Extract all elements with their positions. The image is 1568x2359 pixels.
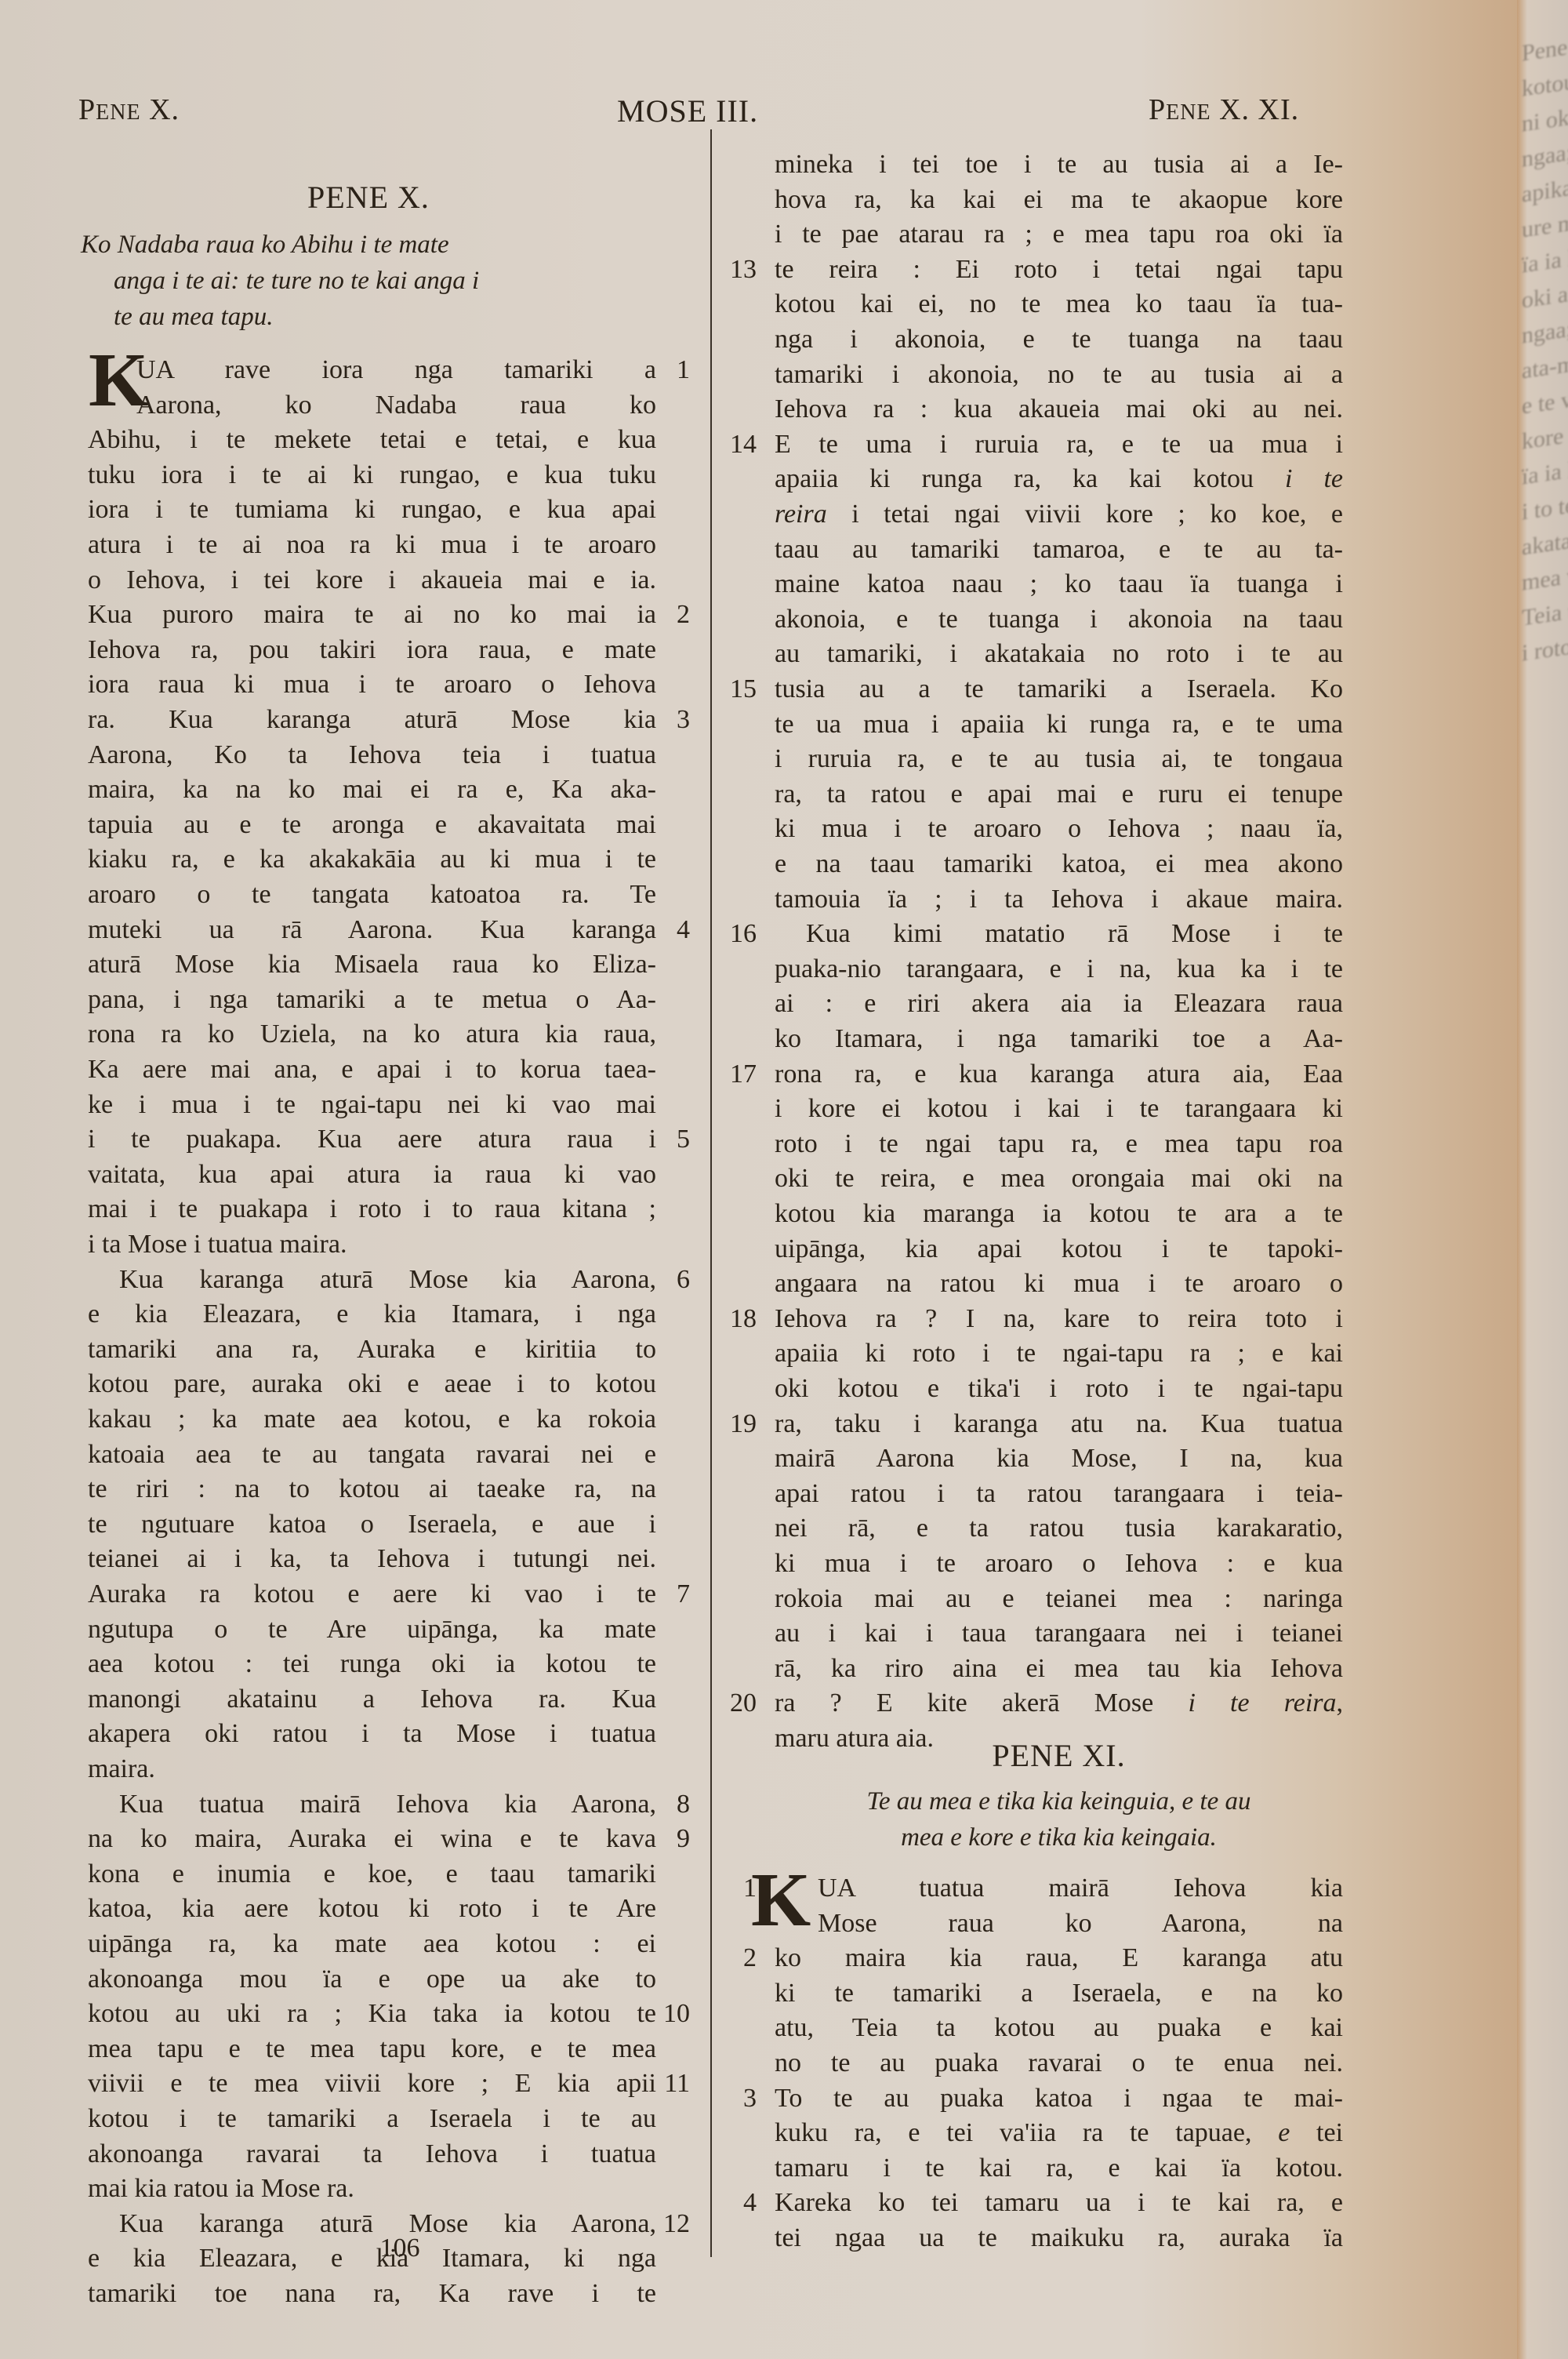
text-line: mea tapu e te mea tapu kore, e te mea [88, 2032, 656, 2066]
text-line: te ngutuare katoa o Iseraela, e aue i [88, 1507, 656, 1542]
text-line: i ruruia ra, e te au tusia ai, te tongau… [775, 742, 1343, 776]
verse-number: 2 [710, 1941, 757, 1976]
text-line: oki kotou e tika'i i roto i te ngai-tapu [775, 1372, 1343, 1406]
text-line: reira i tetai ngai viivii kore ; ko koe,… [775, 497, 1343, 532]
text-line: tamariki ana ra, Auraka e kiritiia to [88, 1332, 656, 1367]
verse-number: 4 [643, 913, 690, 947]
verse-number: 15 [710, 672, 757, 707]
text-line: rokoia mai au e teianei mea : naringa [775, 1582, 1343, 1616]
text-line: hova ra, ka kai ei ma te akaopue kore [775, 183, 1343, 217]
text-line: rona ra, e kua karanga atura aia, Eaa [775, 1057, 1343, 1092]
verse-number: 11 [643, 2066, 690, 2101]
chapter-summary-line: Ko Nadaba raua ko Abihu i te mate [81, 227, 449, 262]
chapter-title: PENE XI. [775, 1737, 1343, 1774]
text-line: katoaia aea te au tangata ravarai nei e [88, 1438, 656, 1472]
text-line: roto i te ngai tapu ra, e mea tapu roa [775, 1127, 1343, 1161]
text-line: nga i akonoia, e te tuanga na taau [775, 322, 1343, 357]
text-line: ko maira kia raua, E karanga atu [775, 1941, 1343, 1976]
text-line: na ko maira, Auraka ei wina e te kava [88, 1822, 656, 1856]
text-line: ke i mua i te ngai-tapu nei ki vao mai [88, 1088, 656, 1122]
text-line: UA tuatua mairā Iehova kia [818, 1871, 1343, 1906]
chapter-summary-line: mea e kore e tika kia keingaia. [775, 1820, 1343, 1855]
text-line: katoa, kia aere kotou ki roto i te Are [88, 1892, 656, 1926]
text-line: Iehova ra, pou takiri iora raua, e mate [88, 633, 656, 667]
text-line: Iehova ra : kua akaueia mai oki au nei. [775, 392, 1343, 427]
verse-number: 10 [643, 1997, 690, 2031]
text-line: Kua karanga aturā Mose kia Aarona, [119, 1263, 656, 1297]
text-line: apaiia ki roto i te ngai-tapu ra ; e kai [775, 1336, 1343, 1371]
verse-number: 3 [710, 2081, 757, 2116]
verse-number: 1 [710, 1871, 757, 1906]
chapter-summary-line: Te au mea e tika kia keinguia, e te au [775, 1784, 1343, 1819]
text-line: i ta Mose i tuatua maira. [88, 1227, 656, 1262]
text-line: te reira : Ei roto i tetai ngai tapu [775, 253, 1343, 287]
text-line: Kua tuatua mairā Iehova kia Aarona, [119, 1787, 656, 1822]
text-line: mai kia ratou ia Mose ra. [88, 2172, 656, 2206]
running-head-left: PENE X. [78, 93, 180, 127]
running-head-right: PENE X. XI. [1149, 93, 1299, 127]
text-line: kotou kai ei, no te mea ko taau ïa tua- [775, 287, 1343, 322]
verse-number: 12 [643, 2207, 690, 2241]
text-line: Aarona, Ko ta Iehova teia i tuatua [88, 738, 656, 772]
verse-number: 20 [710, 1686, 757, 1721]
drop-cap: K [751, 1865, 811, 1936]
text-line: angaara na ratou ki mua i te aroaro o [775, 1267, 1343, 1301]
text-line: ra ? E kite akerā Mose i te reira, [775, 1686, 1343, 1721]
chapter-summary-line: anga i te ai: te ture no te kai anga i [114, 264, 479, 298]
text-line: te ua mua i apaiia ki runga ra, e te uma [775, 707, 1343, 742]
text-line: rona ra ko Uziela, na ko atura kia raua, [88, 1017, 656, 1052]
verse-number: 8 [643, 1787, 690, 1822]
text-line: kotou kia maranga ia kotou te ara a te [775, 1197, 1343, 1231]
text-line: kiaku ra, e ka akakakāia au ki mua i te [88, 842, 656, 877]
verse-number: 1 [643, 353, 690, 387]
text-line: Kareka ko tei tamaru ua i te kai ra, e [775, 2186, 1343, 2220]
verse-number: 3 [643, 703, 690, 737]
text-line: ko Itamara, i nga tamariki toe a Aa- [775, 1022, 1343, 1056]
text-line: i kore ei kotou i kai i te tarangaara ki [775, 1092, 1343, 1126]
verse-number: 5 [643, 1122, 690, 1157]
text-line: vaitata, kua apai atura ia raua ki vao [88, 1158, 656, 1192]
text-line: apai ratou i ta ratou tarangaara i teia- [775, 1477, 1343, 1511]
text-line: muteki ua rā Aarona. Kua karanga [88, 913, 656, 947]
verse-number: 18 [710, 1302, 757, 1336]
text-line: ra, ta ratou e apai mai e ruru ei tenupe [775, 777, 1343, 812]
text-line: ngutupa o te Are uipānga, ka mate [88, 1612, 656, 1647]
text-line: tamariki toe nana ra, Ka rave i te [88, 2277, 656, 2311]
text-line: ki te tamariki a Iseraela, e na ko [775, 1976, 1343, 2011]
text-line: ai : e riri akera aia ia Eleazara raua [775, 987, 1343, 1021]
chapter-title: PENE X. [86, 179, 651, 216]
text-line: Aarona, ko Nadaba raua ko [136, 388, 656, 423]
text-line: aturā Mose kia Misaela raua ko Eliza- [88, 947, 656, 982]
text-line: rā, ka riro aina ei mea tau kia Iehova [775, 1652, 1343, 1686]
text-line: iora i te tumiama ki rungao, e kua apai [88, 493, 656, 527]
text-line: tamaru i te kai ra, e kai ïa kotou. [775, 2151, 1343, 2186]
text-line: taau au tamariki tamaroa, e te au ta- [775, 533, 1343, 567]
text-line: To te au puaka katoa i ngaa te mai- [775, 2081, 1343, 2116]
text-line: Auraka ra kotou e aere ki vao i te [88, 1577, 656, 1612]
text-line: teianei ai i ka, ta Iehova i tutungi nei… [88, 1542, 656, 1576]
text-line: ki mua i te aroaro o Iehova ; naau ïa, [775, 812, 1343, 846]
text-line: viivii e te mea viivii kore ; E kia apii [88, 2066, 656, 2101]
text-line: tuku iora i te ai ki rungao, e kua tuku [88, 458, 656, 493]
text-line: akonoanga ravarai ta Iehova i tuatua [88, 2137, 656, 2172]
text-line: au i kai i taua tarangaara nei i teianei [775, 1616, 1343, 1651]
text-line: maine katoa naau ; ko taau ïa tuanga i [775, 567, 1343, 602]
text-line: mai i te puakapa i roto i to raua kitana… [88, 1192, 656, 1227]
verse-number: 14 [710, 427, 757, 462]
facing-page-edge: Pene XI.kotou e kaini oki aia ingaa; ei … [1517, 0, 1568, 2359]
verse-number: 13 [710, 253, 757, 287]
text-line: kona e inumia e koe, e taau tamariki [88, 1857, 656, 1892]
text-line: o Iehova, i tei kore i akaueia mai e ia. [88, 563, 656, 598]
text-line: ra. Kua karanga aturā Mose kia [88, 703, 656, 737]
text-line: nei rā, e ta ratou tusia karakaratio, [775, 1511, 1343, 1546]
text-line: e kia Eleazara, e kia Itamara, i nga [88, 1297, 656, 1332]
text-line: atu, Teia ta kotou au puaka e kai [775, 2011, 1343, 2045]
text-line: Kua puroro maira te ai no ko mai ia [88, 598, 656, 632]
text-line: tamouia ïa ; i ta Iehova i akaue maira. [775, 882, 1343, 917]
text-line: oki te reira, e mea orongaia mai oki na [775, 1161, 1343, 1196]
verse-number: 9 [643, 1822, 690, 1856]
text-line: Mose raua ko Aarona, na [818, 1906, 1343, 1941]
text-line: tei ngaa ua te maikuku ra, auraka ïa [775, 2221, 1343, 2255]
text-line: maira. [88, 1752, 656, 1787]
running-head-book-title: MOSE III. [617, 93, 758, 129]
verse-number: 17 [710, 1057, 757, 1092]
text-line: i te pae atarau ra ; e mea tapu roa oki … [775, 217, 1343, 252]
verse-number: 4 [710, 2186, 757, 2220]
text-line: E te uma i ruruia ra, e te ua mua i [775, 427, 1343, 462]
text-line: atura i te ai noa ra ki mua i te aroaro [88, 528, 656, 562]
text-line: i te puakapa. Kua aere atura raua i [88, 1122, 656, 1157]
verse-number: 2 [643, 598, 690, 632]
text-line: uipānga ra, ka mate aea kotou : ei [88, 1927, 656, 1961]
text-line: tapuia au e te aronga e akavaitata mai [88, 808, 656, 842]
book-page: PENE X. MOSE III. PENE X. XI. PENE X.Ko … [0, 0, 1517, 2359]
text-line: au tamariki, i akatakaia no roto i te au [775, 637, 1343, 671]
text-line: ki mua i te aroaro o Iehova : e kua [775, 1547, 1343, 1581]
text-line: Kua kimi matatio rā Mose i te [806, 917, 1343, 951]
text-line: mineka i tei toe i te au tusia ai a Ie- [775, 147, 1343, 182]
text-line: puaka-nio tarangaara, e i na, kua ka i t… [775, 952, 1343, 987]
chapter-summary-line: te au mea tapu. [114, 300, 273, 334]
text-line: Iehova ra ? I na, kare to reira toto i [775, 1302, 1343, 1336]
text-line: aroaro o te tangata katoatoa ra. Te [88, 878, 656, 912]
text-line: Ka aere mai ana, e apai i to korua taea- [88, 1052, 656, 1087]
text-line: kotou pare, auraka oki e aeae i to kotou [88, 1367, 656, 1401]
text-line: iora raua ki mua i te aroaro o Iehova [88, 667, 656, 702]
text-line: uipānga, kia apai kotou i te tapoki- [775, 1232, 1343, 1267]
facing-page-text: Pene XI.kotou e kaini oki aia ingaa; ei … [1522, 27, 1568, 671]
text-line: akonoia, e te tuanga i akonoia na taau [775, 602, 1343, 637]
verse-number: 16 [710, 917, 757, 951]
text-line: Abihu, i te mekete tetai e tetai, e kua [88, 423, 656, 457]
verse-number: 6 [643, 1263, 690, 1297]
text-line: te riri : na to kotou ai taeake ra, na [88, 1472, 656, 1507]
text-line: kotou i te tamariki a Iseraela i te au [88, 2102, 656, 2136]
text-line: kakau ; ka mate aea kotou, e ka rokoia [88, 1402, 656, 1437]
text-line: kuku ra, e tei va'iia ra te tapuae, e te… [775, 2116, 1343, 2150]
text-line: tamariki i akonoia, no te au tusia ai a [775, 358, 1343, 392]
verse-number: 7 [643, 1577, 690, 1612]
text-line: ra, taku i karanga atu na. Kua tuatua [775, 1407, 1343, 1441]
text-line: maira, ka na ko mai ei ra e, Ka aka- [88, 772, 656, 807]
verse-number: 19 [710, 1407, 757, 1441]
text-line: no te au puaka ravarai o te enua nei. [775, 2046, 1343, 2081]
text-line: aea kotou : tei runga oki ia kotou te [88, 1647, 656, 1681]
text-line: akapera oki ratou i ta Mose i tuatua [88, 1717, 656, 1751]
page-number: 106 [353, 2234, 447, 2263]
text-line: mairā Aarona kia Mose, I na, kua [775, 1441, 1343, 1476]
text-line: kotou au uki ra ; Kia taka ia kotou te [88, 1997, 656, 2031]
text-line: tusia au a te tamariki a Iseraela. Ko [775, 672, 1343, 707]
text-line: pana, i nga tamariki a te metua o Aa- [88, 983, 656, 1017]
text-line: UA rave iora nga tamariki a [136, 353, 656, 387]
text-line: e na taau tamariki katoa, ei mea akono [775, 847, 1343, 881]
text-line: manongi akatainu a Iehova ra. Kua [88, 1682, 656, 1717]
facing-page-header: Pene XI. [1522, 27, 1568, 71]
text-line: akonoanga mou ïa e ope ua ake to [88, 1962, 656, 1997]
text-line: apaiia ki runga ra, ka kai kotou i te [775, 462, 1343, 496]
